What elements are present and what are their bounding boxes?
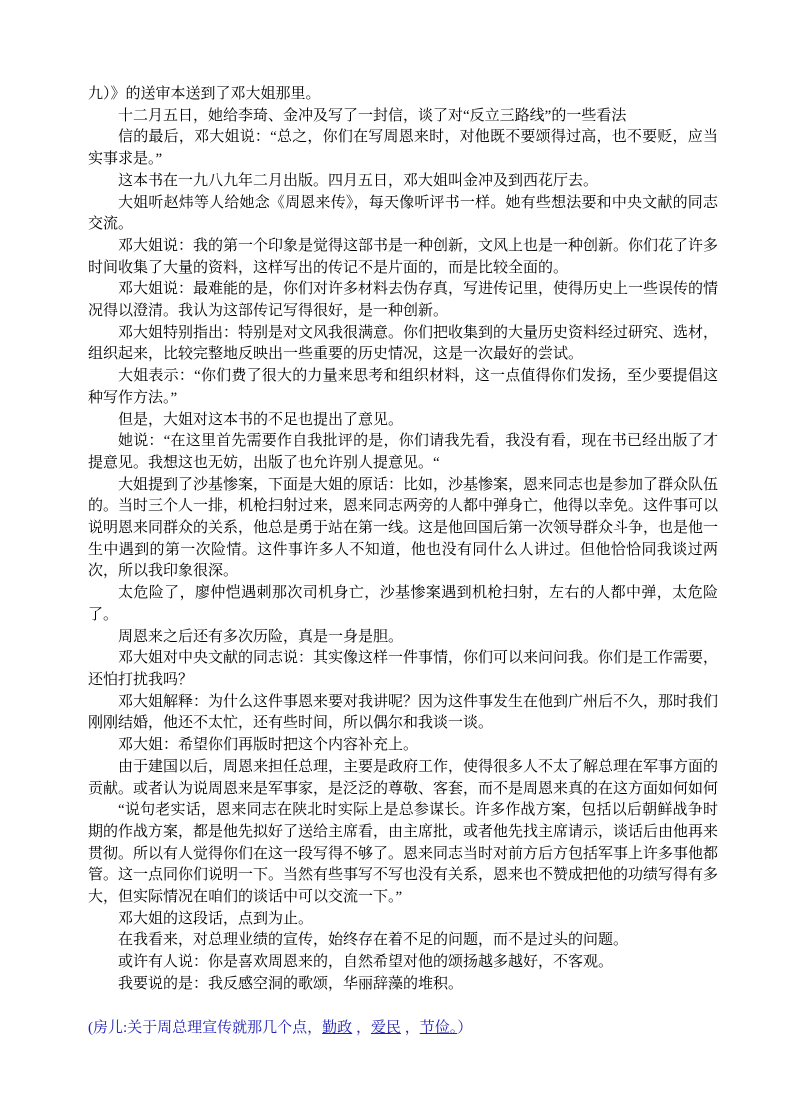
note-text: ， bbox=[352, 1020, 371, 1036]
note-text: ） bbox=[457, 1020, 472, 1036]
note-keyword-link[interactable]: 爱民 bbox=[371, 1020, 401, 1036]
paragraph: 由于建国以后，周恩来担任总理，主要是政府工作，使得很多人不太了解总理在军事方面的… bbox=[88, 757, 718, 800]
paragraph: 邓大姐：希望你们再版时把这个内容补充上。 bbox=[88, 735, 718, 757]
paragraph: 大姐表示：“你们费了很大的力量来思考和组织材料，这一点值得你们发扬，至少要提倡这… bbox=[88, 366, 718, 409]
paragraph: 她说：“在这里首先需要作自我批评的是，你们请我先看，我没有看，现在书已经出版了才… bbox=[88, 431, 718, 474]
paragraph: 太危险了，廖仲恺遇刺那次司机身亡，沙基惨案遇到机枪扫射，左右的人都中弹，太危险了… bbox=[88, 583, 718, 626]
paragraph: 邓大姐对中央文献的同志说：其实像这样一件事情，你们可以来问问我。你们是工作需要，… bbox=[88, 648, 718, 691]
paragraph: 我要说的是：我反感空洞的歌颂，华丽辞藻的堆积。 bbox=[88, 974, 718, 996]
paragraph: 信的最后，邓大姐说：“总之，你们在写周恩来时，对他既不要颂得过高，也不要贬，应当… bbox=[88, 127, 718, 170]
paragraph: 但是，大姐对这本书的不足也提出了意见。 bbox=[88, 410, 718, 432]
annotation-note: (房儿:关于周总理宣传就那几个点，勤政 ，爱民 ，节俭。） bbox=[88, 1018, 718, 1040]
paragraph: 周恩来之后还有多次历险，真是一身是胆。 bbox=[88, 627, 718, 649]
note-text: ， bbox=[401, 1020, 420, 1036]
document-page: 九）》的送审本送到了邓大姐那里。十二月五日，她给李琦、金冲及写了一封信，谈了对“… bbox=[0, 0, 800, 1100]
paragraph: 邓大姐说：我的第一个印象是觉得这部书是一种创新，文风上也是一种创新。你们花了许多… bbox=[88, 236, 718, 279]
paragraph: 邓大姐特别指出：特别是对文风我很满意。你们把收集到的大量历史资料经过研究、选材，… bbox=[88, 323, 718, 366]
paragraph: 或许有人说：你是喜欢周恩来的，自然希望对他的颂扬越多越好，不客观。 bbox=[88, 952, 718, 974]
paragraph: 邓大姐的这段话，点到为止。 bbox=[88, 909, 718, 931]
paragraph: 邓大姐解释：为什么这件事恩来要对我讲呢？因为这件事发生在他到广州后不久，那时我们… bbox=[88, 692, 718, 735]
note-text: (房儿:关于周总理宣传就那几个点， bbox=[88, 1020, 322, 1036]
paragraph: “说句老实话，恩来同志在陕北时实际上是总参谋长。许多作战方案，包括以后朝鲜战争时… bbox=[88, 800, 718, 909]
paragraph: 十二月五日，她给李琦、金冲及写了一封信，谈了对“反立三路线”的一些看法 bbox=[88, 106, 718, 128]
paragraph: 邓大姐说：最难能的是，你们对许多材料去伪存真，写进传记里，使得历史上一些误传的情… bbox=[88, 279, 718, 322]
note-keyword-link[interactable]: 节俭。 bbox=[420, 1020, 458, 1036]
paragraph: 在我看来，对总理业绩的宣传，始终存在着不足的问题，而不是过头的问题。 bbox=[88, 930, 718, 952]
paragraph: 大姐听赵炜等人给她念《周恩来传》，每天像听评书一样。她有些想法要和中央文献的同志… bbox=[88, 193, 718, 236]
document-body: 九）》的送审本送到了邓大姐那里。十二月五日，她给李琦、金冲及写了一封信，谈了对“… bbox=[88, 84, 718, 1039]
note-keyword-link[interactable]: 勤政 bbox=[322, 1020, 352, 1036]
paragraph: 这本书在一九八九年二月出版。四月五日，邓大姐叫金冲及到西花厅去。 bbox=[88, 171, 718, 193]
paragraph: 九）》的送审本送到了邓大姐那里。 bbox=[88, 84, 718, 106]
paragraph: 大姐提到了沙基惨案，下面是大姐的原话：比如，沙基惨案，恩来同志也是参加了群众队伍… bbox=[88, 475, 718, 584]
